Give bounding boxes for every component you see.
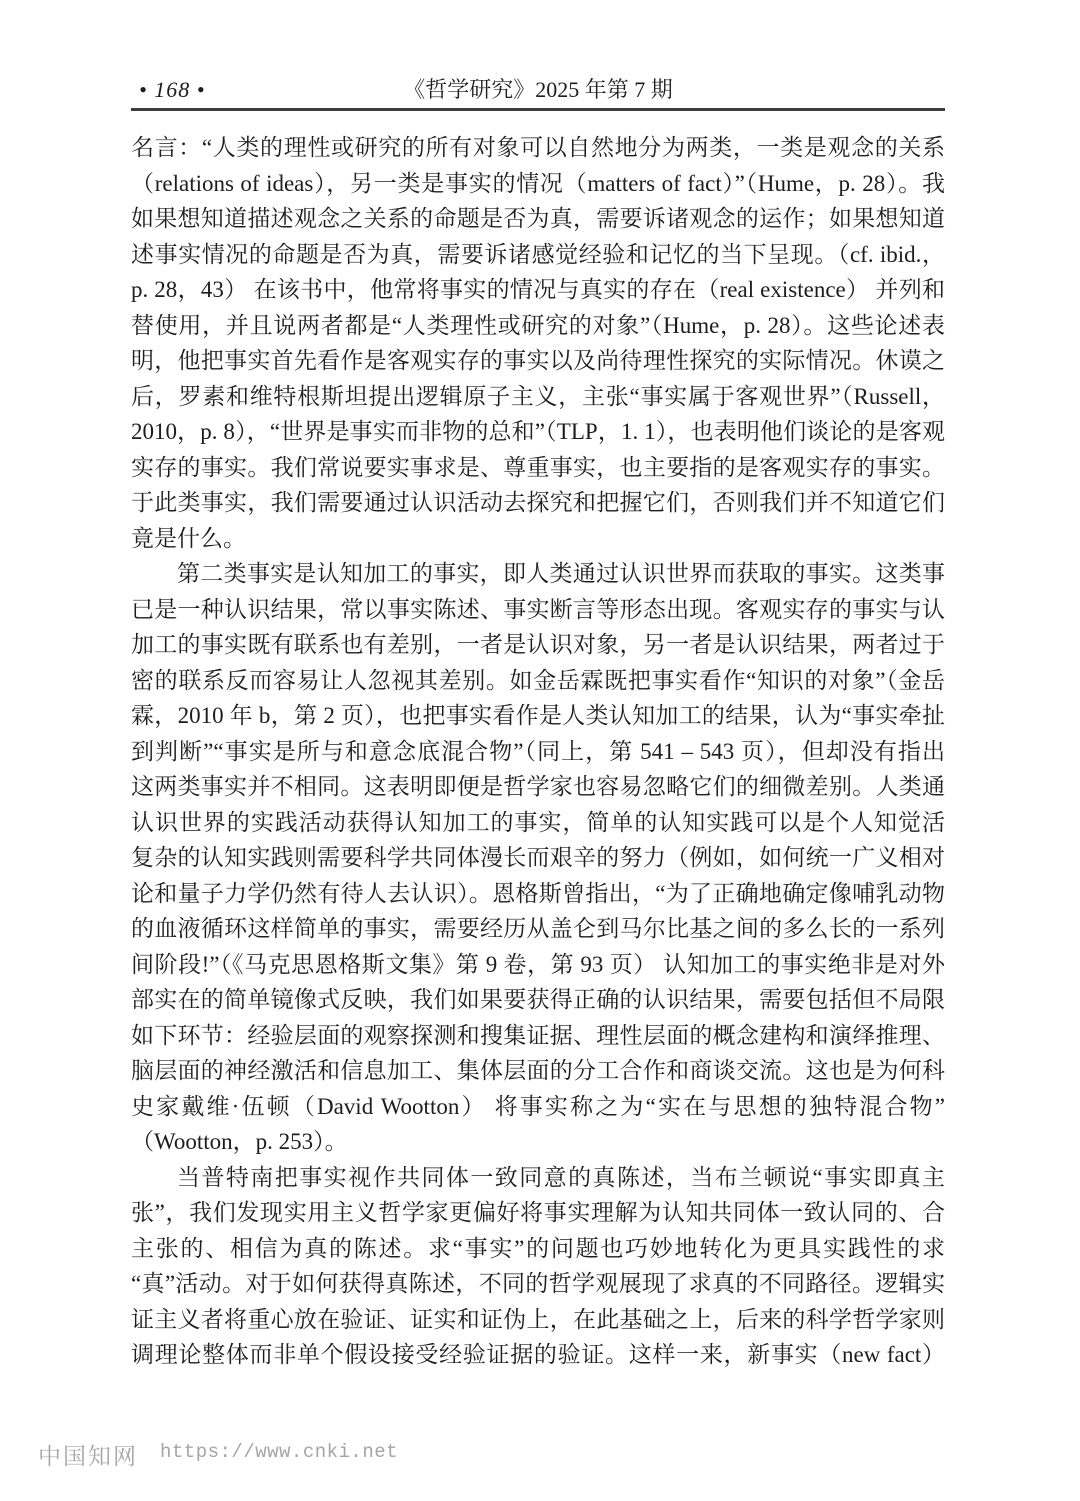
text-line: 当普特南把事实视作共同体一致同意的真陈述，当布兰顿说“事实即真主 (131, 1160, 945, 1196)
text-line: 认识世界的实践活动获得认知加工的事实，简单的认知实践可以是个人知觉活动， (131, 805, 945, 841)
text-line: 替使用，并且说两者都是“人类理性或研究的对象”（Hume，p. 28）。这些论述… (131, 308, 945, 344)
text-line: 脑层面的神经激活和信息加工、集体层面的分工合作和商谈交流。这也是为何科学 (131, 1053, 945, 1089)
text-line: 的血液循环这样简单的事实，需要经历从盖仑到马尔比基之间的多么长的一系列中 (131, 911, 945, 947)
text-line: （relations of ideas），另一类是事实的情况（matters o… (131, 166, 945, 202)
text-line: （Wootton，p. 253）。 (131, 1124, 945, 1160)
text-line: 2010，p. 8），“世界是事实而非物的总和”（TLP，1. 1），也表明他们… (131, 414, 945, 450)
text-line: 间阶段!”（《马克思恩格斯文集》第 9 卷，第 93 页） 认知加工的事实绝非是… (131, 947, 945, 983)
text-line: 第二类事实是认知加工的事实，即人类通过认识世界而获取的事实。这类事实 (131, 556, 945, 592)
text-line: 于此类事实，我们需要通过认识活动去探究和把握它们，否则我们并不知道它们究 (131, 485, 945, 521)
journal-issue-title: 《哲学研究》2025 年第 7 期 (131, 74, 945, 106)
page: • 168 • 《哲学研究》2025 年第 7 期 名言：“人类的理性或研究的所… (0, 0, 1080, 1501)
text-line: 加工的事实既有联系也有差别，一者是认识对象，另一者是认识结果，两者过于紧 (131, 627, 945, 663)
text-line: 到判断”“事实是所与和意念底混合物”（同上，第 541 – 543 页），但却没… (131, 734, 945, 770)
text-line: 如下环节：经验层面的观察探测和搜集证据、理性层面的概念建构和演绎推理、大 (131, 1018, 945, 1054)
text-line: 主张的、相信为真的陈述。求“事实”的问题也巧妙地转化为更具实践性的求 (131, 1231, 945, 1267)
text-line: “真”活动。对于如何获得真陈述，不同的哲学观展现了求真的不同路径。逻辑实 (131, 1266, 945, 1302)
text-line: 论和量子力学仍然有待人去认识）。恩格斯曾指出，“为了正确地确定像哺乳动物 (131, 876, 945, 912)
text-line: 证主义者将重心放在验证、证实和证伪上，在此基础之上，后来的科学哲学家则强 (131, 1302, 945, 1338)
cnki-url: https://www.cnki.net (160, 1441, 398, 1463)
text-line: 明，他把事实首先看作是客观实存的事实以及尚待理性探究的实际情况。休谟之 (131, 343, 945, 379)
text-line: 实存的事实。我们常说要实事求是、尊重事实，也主要指的是客观实存的事实。对 (131, 450, 945, 486)
text-line: 调理论整体而非单个假设接受经验证据的验证。这样一来，新事实（new fact） … (131, 1337, 945, 1373)
cnki-watermark: 中国知网 (38, 1438, 138, 1471)
text-line: p. 28，43） 在该书中，他常将事实的情况与真实的存在（real exist… (131, 272, 945, 308)
text-line: 张”，我们发现实用主义哲学家更偏好将事实理解为认知共同体一致认同的、合理 (131, 1195, 945, 1231)
text-line: 部实在的简单镜像式反映，我们如果要获得正确的认识结果，需要包括但不局限于 (131, 982, 945, 1018)
page-header: • 168 • 《哲学研究》2025 年第 7 期 (131, 74, 945, 106)
text-line: 述事实情况的命题是否为真，需要诉诸感觉经验和记忆的当下呈现。（cf. ibid.… (131, 237, 945, 273)
text-line: 名言：“人类的理性或研究的所有对象可以自然地分为两类，一类是观念的关系 (131, 130, 945, 166)
text-line: 后，罗素和维特根斯坦提出逻辑原子主义，主张“事实属于客观世界”（Russell， (131, 379, 945, 415)
page-footer: 中国知网 https://www.cnki.net (38, 1438, 638, 1472)
text-line: 这两类事实并不相同。这表明即便是哲学家也容易忽略它们的细微差别。人类通过 (131, 769, 945, 805)
text-line: 史家戴维·伍顿（David Wootton） 将事实称之为“实在与思想的独特混合… (131, 1089, 945, 1125)
text-line: 竟是什么。 (131, 521, 945, 557)
text-line: 已是一种认识结果，常以事实陈述、事实断言等形态出现。客观实存的事实与认知 (131, 592, 945, 628)
text-line: 密的联系反而容易让人忽视其差别。如金岳霖既把事实看作“知识的对象”（金岳 (131, 663, 945, 699)
article-body: 名言：“人类的理性或研究的所有对象可以自然地分为两类，一类是观念的关系（rela… (131, 130, 945, 1373)
text-line: 如果想知道描述观念之关系的命题是否为真，需要诉诸观念的运作；如果想知道描 (131, 201, 945, 237)
text-line: 霖，2010 年 b，第 2 页），也把事实看作是人类认知加工的结果，认为“事实… (131, 698, 945, 734)
text-line: 复杂的认知实践则需要科学共同体漫长而艰辛的努力（例如，如何统一广义相对 (131, 840, 945, 876)
header-rule (131, 108, 945, 111)
